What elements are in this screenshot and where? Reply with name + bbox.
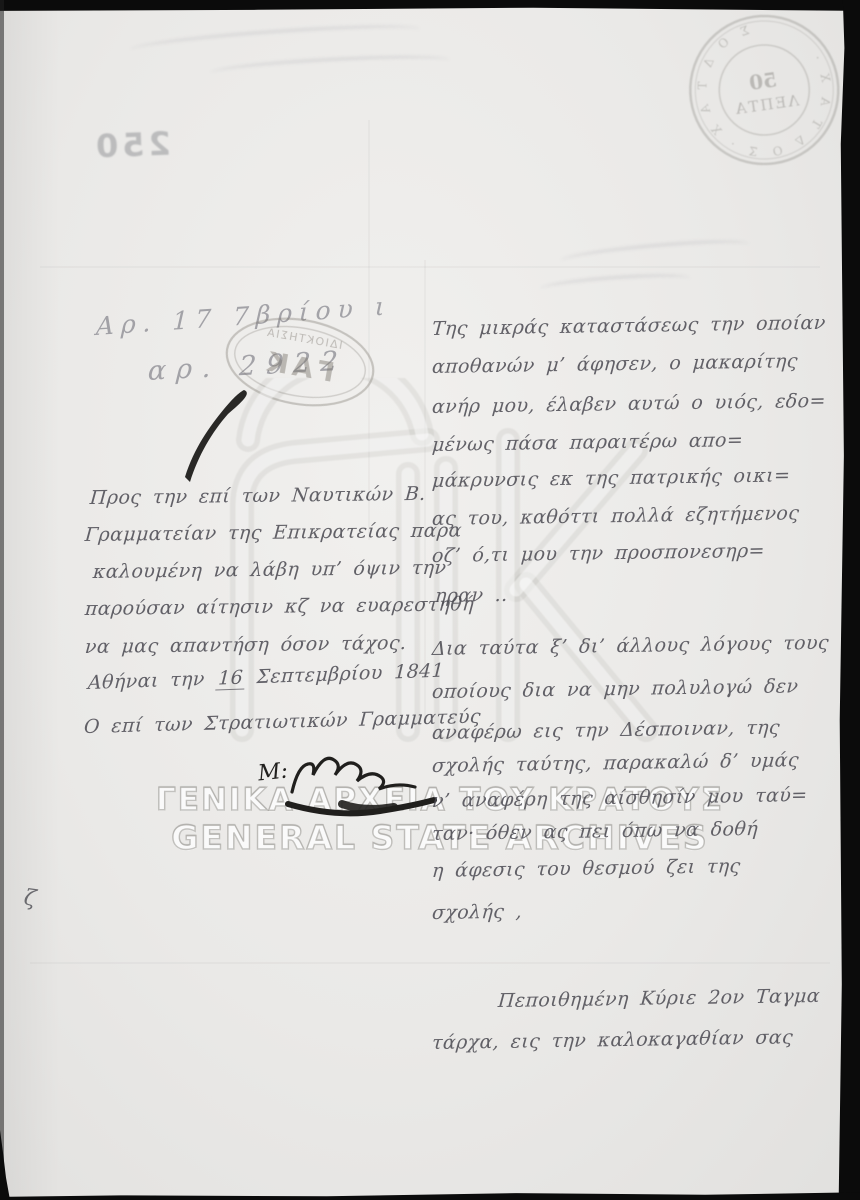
date-prefix: Αθήναι την [87,667,216,694]
letter-body-line: ας του, καθόττι πολλά εζητήμενος [431,502,800,530]
letter-body-line: μάκρυνσις εκ της πατρικής οικι= [431,464,791,492]
letter-body-line: οποίους δια να μην πολυλογώ δεν [431,675,799,703]
archival-scan-page: 250 Σ Ο Δ Τ Α Χ · Σ Ο Δ Τ Α Χ · 50 ΛΕΠΤΑ… [0,0,860,1200]
letter-body-line: αποθανών μ’ άφησεν, ο μακαρίτης [431,350,798,378]
scan-edge-right [834,0,860,1200]
letter-body-line: σχολής , [431,901,523,924]
letter-body-line: σχολής ταύτης, παρακαλώ δ’ υμάς [431,749,800,777]
closing-line: Πεποιθημένη Κύριε 2ον Ταγμα [497,985,821,1012]
signature-scrawl [284,752,444,822]
letter-body-line: οζ’ ό,τι μου την προσπονεσηρ= [431,540,765,567]
letter-body-line: ηραν .. [434,584,508,607]
date-day: 16 [216,666,246,690]
paper-left-shade [0,0,60,1200]
paper-crease-horizontal [30,962,830,964]
bleedthrough-scribble [210,52,451,82]
scan-edge-left [0,0,4,1200]
letter-body-line: Γραμματείαν της Επικρατείας παρα [84,519,463,546]
letter-body-line: καλουμένη να λάβη υπ’ όψιν την [92,557,447,583]
paper-crease-horizontal [40,266,820,268]
letter-body-line: αναφέρω εις την Δέσποιναν, της [431,717,781,744]
bleedthrough-scribble [560,236,751,269]
fee-stamp: Σ Ο Δ Τ Α Χ · Σ Ο Δ Τ Α Χ · 50 ΛΕΠΤΑ [674,0,855,178]
letter-body-line: Προς την επί των Ναυτικών Β. [89,483,426,509]
fee-stamp-value: 50 [748,67,779,95]
letter-body-line: ν’ αναφέρη της αίσθησίν μου ταύ= [431,784,808,812]
closing-line: τάρχα, εις την καλοκαγαθίαν σας [431,1026,794,1054]
bleedthrough-scribble [130,20,421,59]
scan-edge-bottom [0,1189,860,1200]
bleedthrough-scribble [540,271,691,296]
letter-body-line: Της μικράς καταστάσεως την οποίαν [431,312,826,340]
bleedthrough-page-number: 250 [91,125,171,166]
letter-body-line: η άφεσις του θεσμού ζει της [431,855,741,882]
letter-body-line: μένως πάσα παραιτέρω απο= [431,429,744,456]
fee-stamp-unit: ΛΕΠΤΑ [733,91,802,118]
letter-body-line: να μας απαντήση όσον τάχος. [84,632,407,658]
